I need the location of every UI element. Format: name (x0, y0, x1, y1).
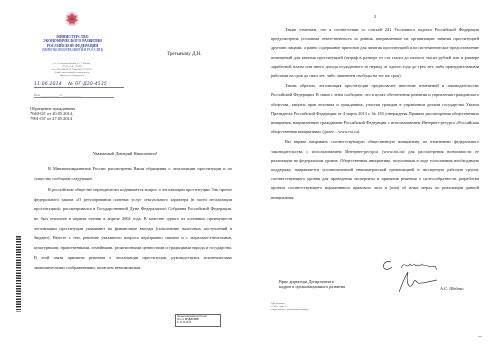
letter-body-page-2: Также отмечаем, что в соответствии со ст… (271, 25, 479, 202)
executor-line: Отдел работы с обращениями граждан (271, 309, 309, 312)
paragraph: Также отмечаем, что в соответствии со ст… (271, 25, 479, 80)
paragraph: Таким образом, легализация проституции п… (271, 81, 479, 136)
handwritten-signature-icon (375, 258, 460, 298)
state-emblem-icon (64, 10, 80, 28)
ministry-address: ул. 1-я Тверская-Ямская, д. 1,3, Москва,… (32, 63, 112, 78)
signer-name: А.С. Шебеко (440, 286, 464, 291)
reference-line: На № ______________ от ______________ (34, 94, 114, 98)
handwritten-date-ref: 11.06.2014 № ОГ-Д20-4535 (34, 82, 124, 88)
paragraph: В Минэкономразвития России рассмотрены В… (34, 164, 232, 183)
paragraph: В российском обществе периодически подни… (34, 185, 232, 272)
salutation: Уважаемый Дмитрий Николаевич! (0, 151, 250, 156)
letter-body-page-1: В Минэкономразвития России рассмотрены В… (34, 164, 232, 272)
ministry-abbreviation: (МИНЭКОНОМРАЗВИТИЯ РОССИИ) (30, 48, 115, 52)
registration-stamp: Минэкономразвития России Исх № ОГ-Д20-45… (175, 314, 221, 327)
stamp-date: от 11.06.2014 (177, 322, 219, 325)
scan-mark (478, 336, 482, 337)
outgoing-number: № ОГ-Д20-4535 (68, 82, 107, 87)
ministry-name: МИНИСТЕРСТВО ЭКОНОМИЧЕСКОГО РАЗВИТИЯ РОС… (30, 35, 115, 52)
address-line: http://www.economy.gov.ru (32, 75, 112, 78)
letter-page-2: 2 Также отмечаем, что в соответствии со … (250, 0, 500, 361)
signer-title: Врио директора Департамента кадров и орг… (279, 279, 345, 290)
paragraph: Вы вправе направить соответствующую обще… (271, 137, 479, 201)
signer-title-line: кадров и организационного развития (279, 284, 345, 289)
stamp-number: ОГ-Д20-4535 (185, 319, 199, 321)
subject-line: 7991-ОГ от 27.05.2014 (30, 116, 75, 121)
page-number: 2 (250, 14, 500, 19)
recipient: Третьякову Д.Н. (167, 52, 202, 57)
barcode-icon (16, 236, 21, 312)
stamp-number-prefix: Исх № (177, 319, 184, 321)
executor-info: Д.А. Егорычев +7 495 ... доб. 5... Отдел… (271, 303, 309, 311)
subject-block: Обращение гражданина 7640-ОГ от 20.05.20… (30, 106, 75, 121)
letter-page-1: МИНИСТЕРСТВО ЭКОНОМИЧЕСКОГО РАЗВИТИЯ РОС… (0, 0, 250, 361)
outgoing-date: 11.06.2014 (34, 82, 62, 87)
